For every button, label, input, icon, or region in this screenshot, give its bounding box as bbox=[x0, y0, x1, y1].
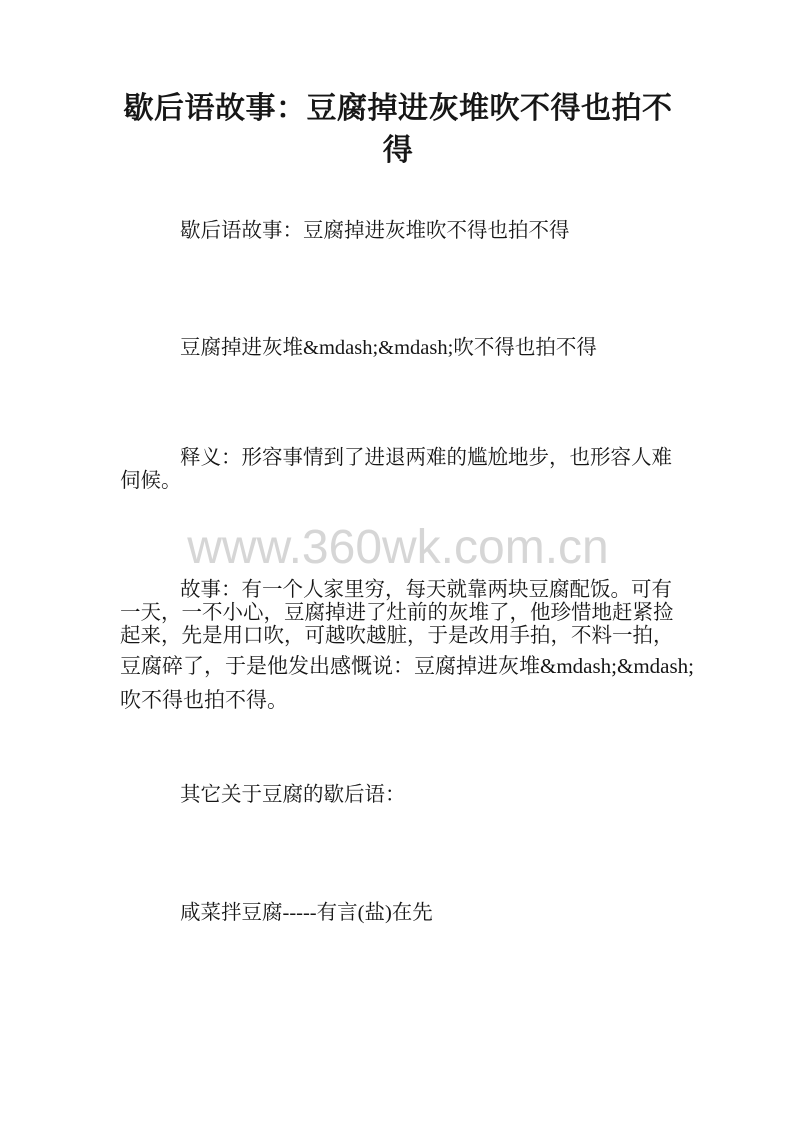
story-paragraph-part2: 豆腐碎了，于是他发出感慨说：豆腐掉进灰堆&mdash;&mdash; 吹不得也拍… bbox=[120, 649, 676, 717]
document-title-line: 歇后语故事：豆腐掉进灰堆吹不得也拍不 bbox=[120, 88, 676, 130]
watermark: www.360wk.com.cn bbox=[120, 522, 676, 574]
more-sayings-item: 咸菜拌豆腐-----有言(盐)在先 bbox=[120, 902, 676, 925]
more-sayings-heading: 其它关于豆腐的歇后语： bbox=[120, 784, 676, 807]
definition-paragraph: 释义：形容事情到了进退两难的尴尬地步，也形容人难 伺候。 bbox=[120, 447, 676, 493]
story-line: 起来，先是用口吹，可越吹越脏，于是改用手拍，不料一拍， bbox=[120, 625, 676, 648]
story-line: 吹不得也拍不得。 bbox=[120, 683, 676, 717]
saying-paragraph: 豆腐掉进灰堆&mdash;&mdash;吹不得也拍不得 bbox=[120, 337, 676, 360]
subtitle-paragraph: 歇后语故事：豆腐掉进灰堆吹不得也拍不得 bbox=[120, 220, 676, 243]
document-title: 歇后语故事：豆腐掉进灰堆吹不得也拍不 得 bbox=[120, 88, 676, 172]
saying-text: 豆腐掉进灰堆&mdash;&mdash;吹不得也拍不得 bbox=[120, 337, 676, 360]
subtitle-text: 歇后语故事：豆腐掉进灰堆吹不得也拍不得 bbox=[120, 220, 676, 243]
story-line: 豆腐碎了，于是他发出感慨说：豆腐掉进灰堆&mdash;&mdash; bbox=[120, 649, 676, 683]
story-paragraph-part1: 故事：有一个人家里穷，每天就靠两块豆腐配饭。可有 一天，一不小心，豆腐掉进了灶前… bbox=[120, 579, 676, 648]
story-line: 故事：有一个人家里穷，每天就靠两块豆腐配饭。可有 bbox=[120, 579, 676, 602]
document-title-line: 得 bbox=[120, 130, 676, 172]
story-line: 一天，一不小心，豆腐掉进了灶前的灰堆了，他珍惜地赶紧捡 bbox=[120, 602, 676, 625]
definition-line: 释义：形容事情到了进退两难的尴尬地步，也形容人难 bbox=[120, 447, 676, 470]
definition-line: 伺候。 bbox=[120, 470, 676, 493]
more-sayings-item-text: 咸菜拌豆腐-----有言(盐)在先 bbox=[120, 902, 676, 925]
document-page: 歇后语故事：豆腐掉进灰堆吹不得也拍不 得 歇后语故事：豆腐掉进灰堆吹不得也拍不得… bbox=[0, 0, 800, 1132]
more-sayings-heading-text: 其它关于豆腐的歇后语： bbox=[120, 784, 676, 807]
